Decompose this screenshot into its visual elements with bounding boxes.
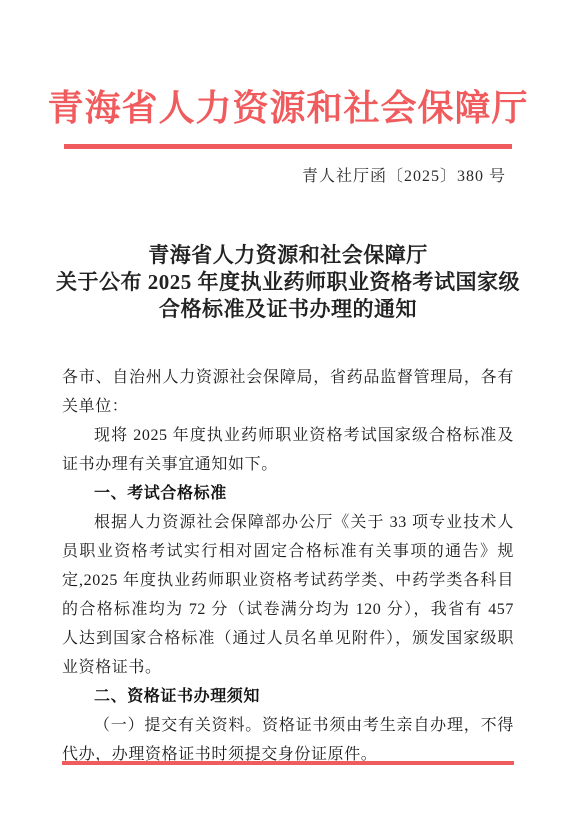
salutation: 各市、自治州人力资源社会保障局，省药品监督管理局，各有关单位： xyxy=(62,363,514,421)
document-title-line3: 合格标准及证书办理的通知 xyxy=(0,296,576,323)
document-page: 青海省人力资源和社会保障厅 青人社厅函〔2025〕380 号 青海省人力资源和社… xyxy=(0,0,576,819)
section1-paragraph: 根据人力资源社会保障部办公厅《关于 33 项专业技术人员职业资格考试实行相对固定… xyxy=(62,508,514,682)
document-number: 青人社厅函〔2025〕380 号 xyxy=(0,163,506,186)
section1-heading: 一、考试合格标准 xyxy=(62,479,514,508)
document-title-line2: 关于公布 2025 年度执业药师职业资格考试国家级 xyxy=(0,269,576,296)
document-body: 各市、自治州人力资源社会保障局，省药品监督管理局，各有关单位： 现将 2025 … xyxy=(62,363,514,769)
header-divider xyxy=(64,144,512,149)
document-title: 青海省人力资源和社会保障厅 关于公布 2025 年度执业药师职业资格考试国家级 … xyxy=(0,242,576,323)
footer-divider xyxy=(62,761,514,765)
document-title-line1: 青海省人力资源和社会保障厅 xyxy=(0,242,576,269)
intro-paragraph: 现将 2025 年度执业药师职业资格考试国家级合格标准及证书办理有关事宜通知如下… xyxy=(62,421,514,479)
agency-letterhead: 青海省人力资源和社会保障厅 xyxy=(0,82,576,134)
section2-heading: 二、资格证书办理须知 xyxy=(62,682,514,711)
